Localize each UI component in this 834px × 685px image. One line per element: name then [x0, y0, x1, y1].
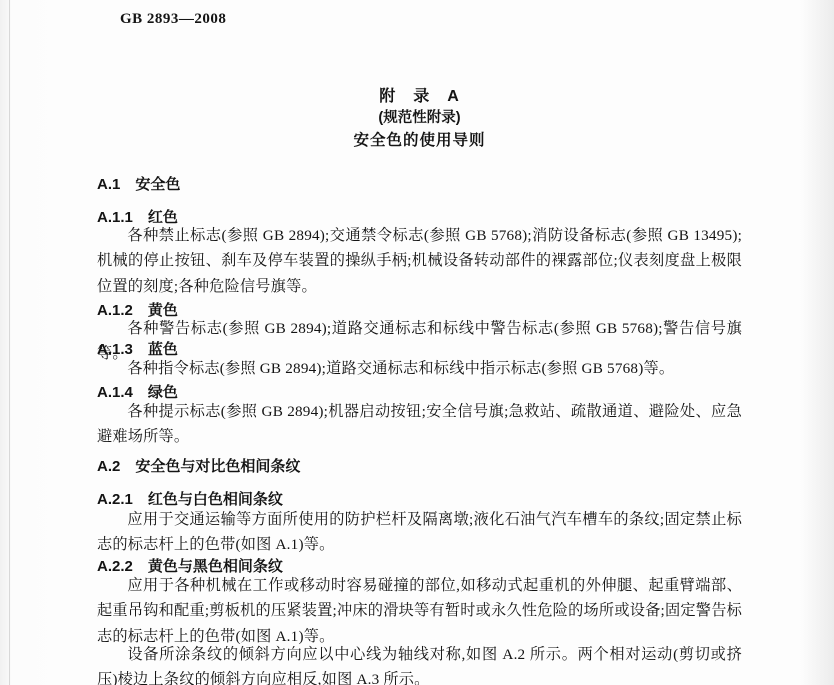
standard-number: GB 2893—2008	[120, 11, 226, 28]
appendix-subtitle: (规范性附录)	[97, 106, 742, 127]
scan-edge-line	[9, 0, 10, 685]
document-page: GB 2893—2008 附 录 A (规范性附录) 安全色的使用导则 A.1 …	[0, 0, 834, 685]
appendix-title: 附 录 A	[97, 83, 742, 106]
section-body-a2-1: 应用于交通运输等方面所使用的防护栏杆及隔离墩;液化石油气汽车槽车的条纹;固定禁止…	[97, 507, 742, 558]
section-body-a1-4: 各种提示标志(参照 GB 2894);机器启动按钮;安全信号旗;急救站、疏散通道…	[97, 399, 742, 450]
section-body-a1-3: 各种指令标志(参照 GB 2894);道路交通标志和标线中指示标志(参照 GB …	[97, 356, 742, 381]
section-heading-a2-1: A.2.1 红色与白色相间条纹	[97, 488, 742, 509]
section-body-a1-1: 各种禁止标志(参照 GB 2894);交通禁令标志(参照 GB 5768);消防…	[97, 223, 742, 299]
section-heading-a2: A.2 安全色与对比色相间条纹	[97, 455, 742, 476]
appendix-heading: 安全色的使用导则	[97, 128, 742, 150]
section-body-a2-2-note: 设备所涂条纹的倾斜方向应以中心线为轴线对称,如图 A.2 所示。两个相对运动(剪…	[97, 642, 742, 685]
section-heading-a1: A.1 安全色	[97, 173, 742, 194]
section-body-a2-2: 应用于各种机械在工作或移动时容易碰撞的部位,如移动式起重机的外伸腿、起重臂端部、…	[97, 573, 742, 649]
